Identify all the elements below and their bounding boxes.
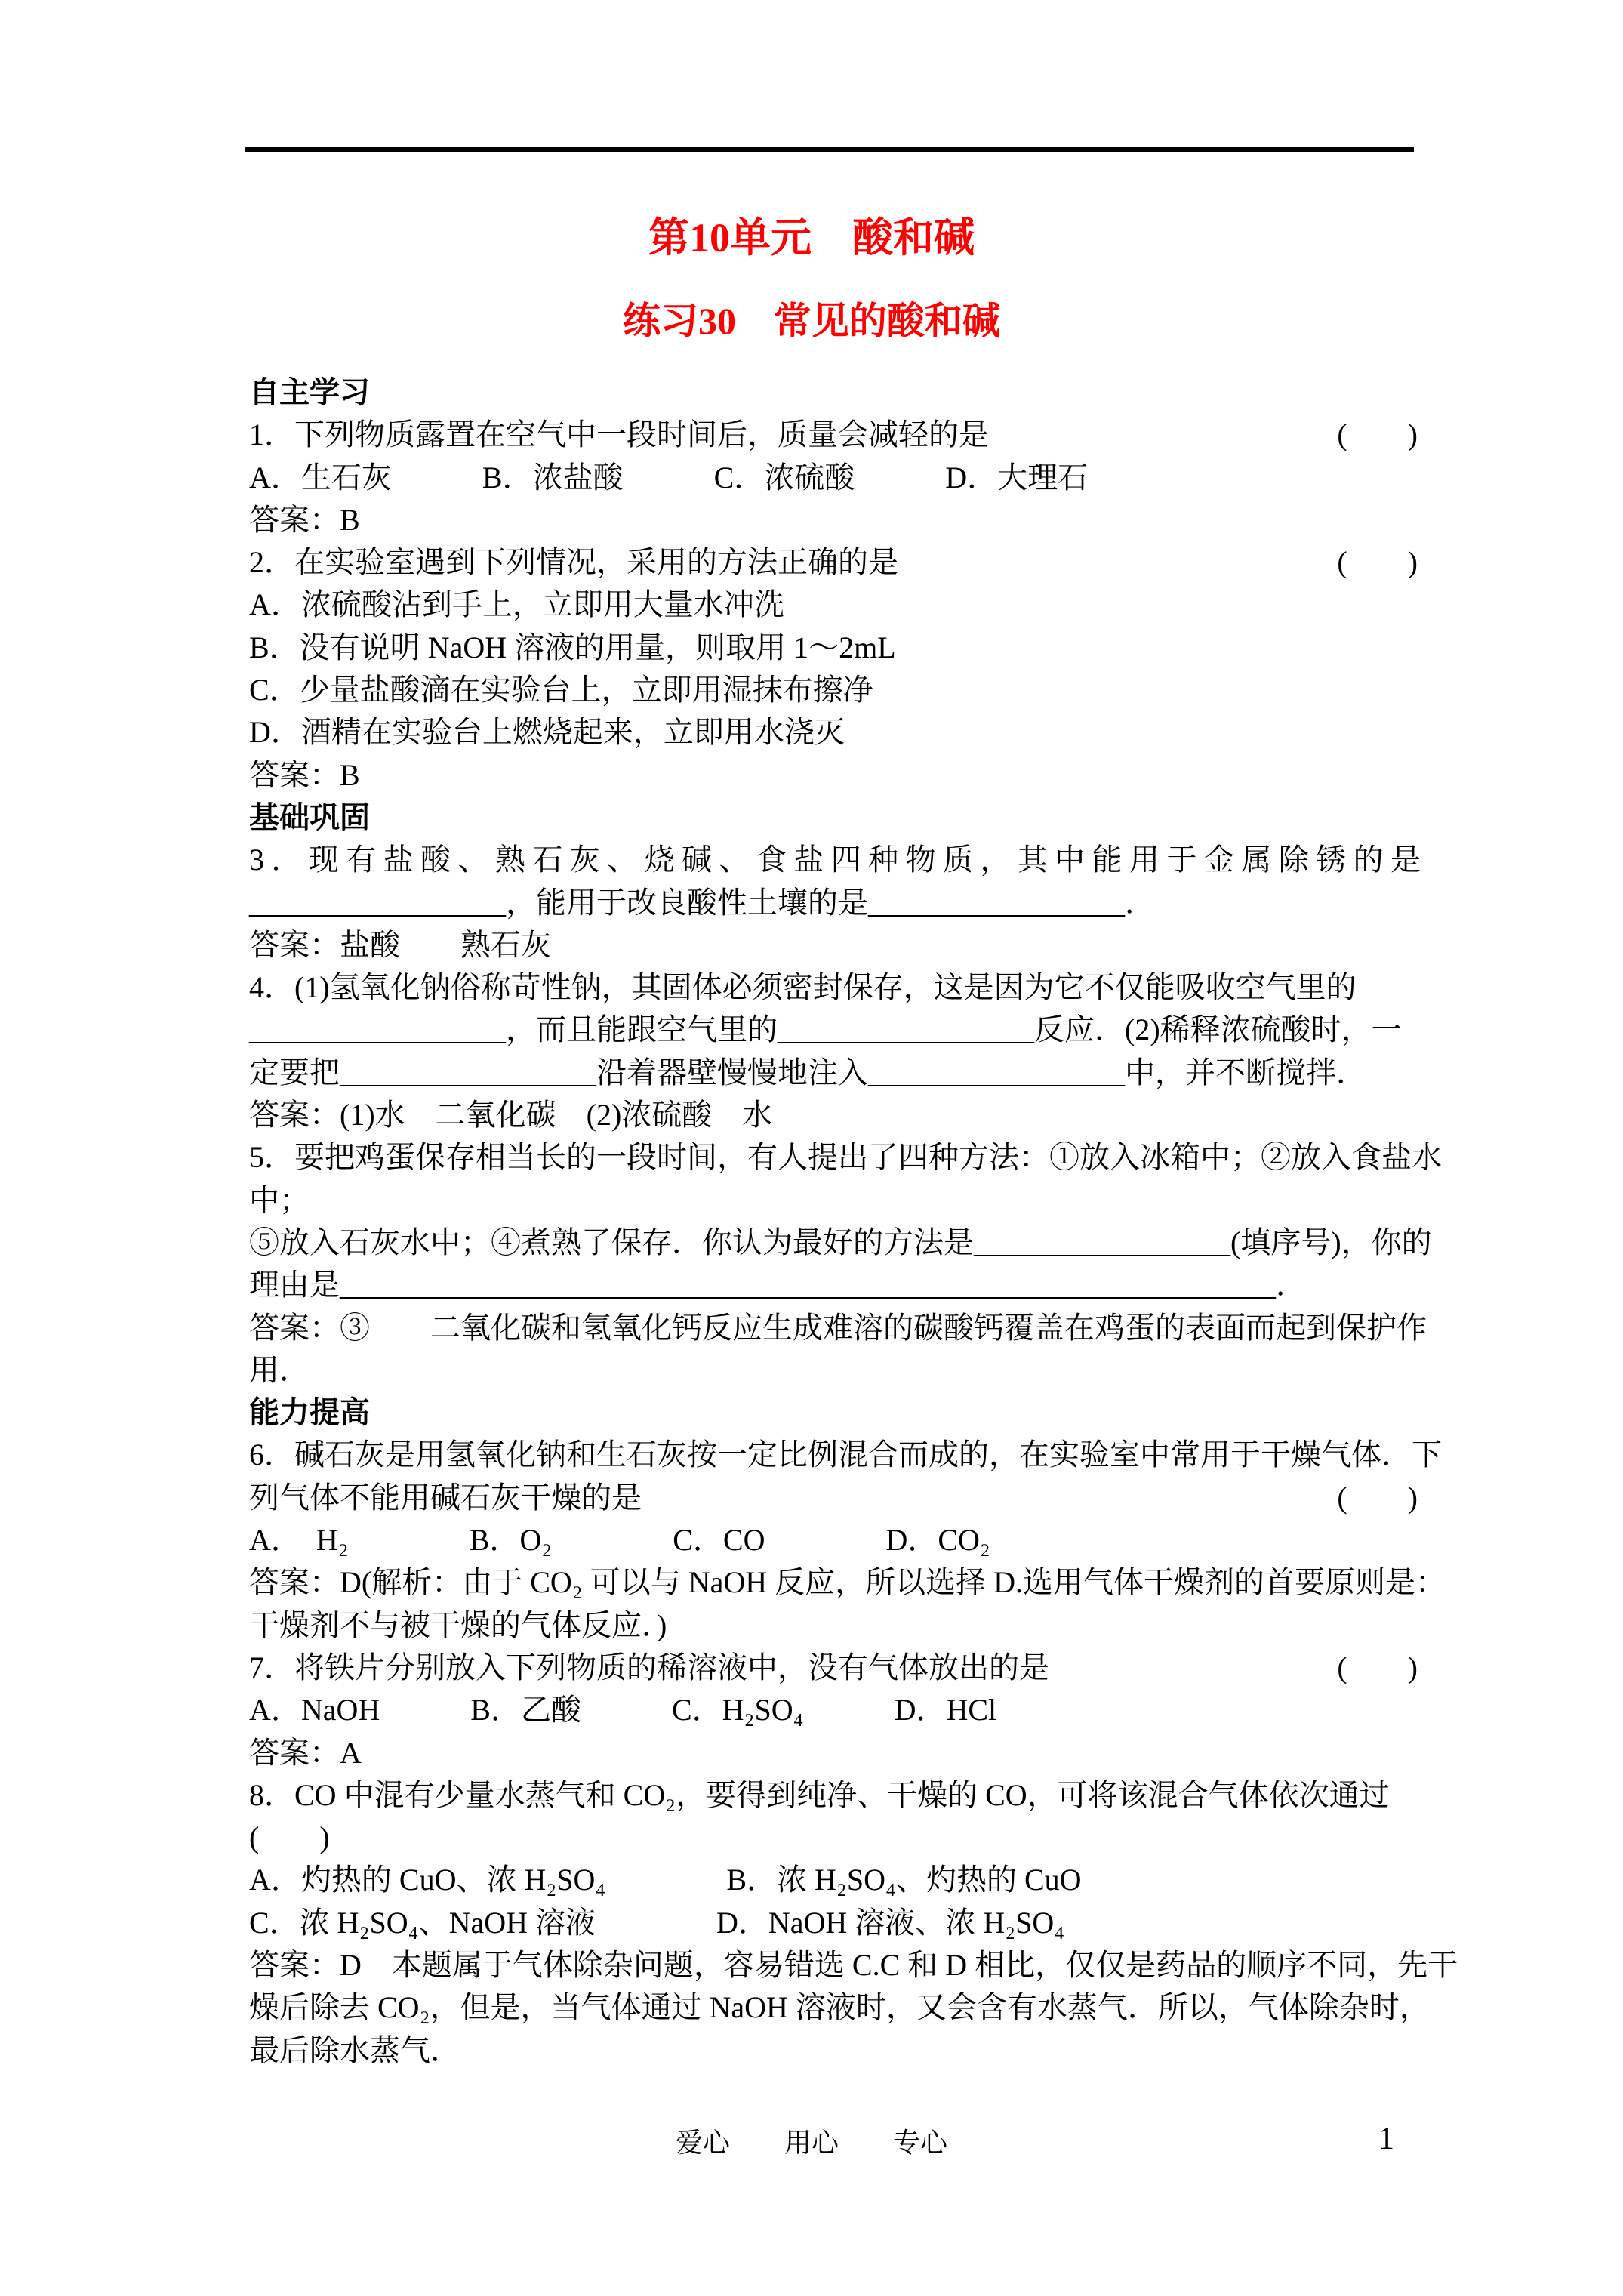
text-line: _________________，能用于改良酸性土壤的是___________…	[249, 882, 1421, 924]
text-line: C．浓 H₂SO₄、NaOH 溶液 D．NaOH 溶液、浓 H₂SO₄	[249, 1902, 1421, 1944]
answer-parens: ( )	[1337, 1477, 1418, 1519]
answer-parens: ( )	[1337, 1647, 1418, 1689]
text-line: 6．碱石灰是用氢氧化钠和生石灰按一定比例混合而成的，在实验室中常用于干燥气体．下	[249, 1434, 1421, 1476]
text-line: 用．	[249, 1349, 1421, 1391]
text-line: 答案：D 本题属于气体除杂问题，容易错选 C.C 和 D 相比，仅仅是药品的顺序…	[249, 1944, 1421, 1986]
text-line: C．少量盐酸滴在实验台上，立即用湿抹布擦净	[249, 669, 1421, 711]
text-line: 答案：B	[249, 754, 1421, 797]
text-line: A．灼热的 CuO、浓 H₂SO₄ B．浓 H₂SO₄、灼热的 CuO	[249, 1859, 1421, 1901]
section-heading: 能力提高	[249, 1391, 1421, 1434]
header-rule	[245, 147, 1414, 152]
text-line: 5．要把鸡蛋保存相当长的一段时间，有人提出了四种方法：①放入冰箱中；②放入食盐水	[249, 1136, 1421, 1179]
text-line: 1．下列物质露置在空气中一段时间后，质量会减轻的是( )	[249, 414, 1421, 456]
text-line: 干燥剂不与被干燥的气体反应．)	[249, 1604, 1421, 1647]
text-line: ⑤放入石灰水中；④煮熟了保存．你认为最好的方法是________________…	[249, 1222, 1421, 1264]
text-line: 答案：A	[249, 1732, 1421, 1774]
text-line: D．酒精在实验台上燃烧起来，立即用水浇灭	[249, 711, 1421, 754]
text-line: 答案：D(解析：由于 CO₂ 可以与 NaOH 反应，所以选择 D.选用气体干燥…	[249, 1561, 1421, 1604]
text-line: 7．将铁片分别放入下列物质的稀溶液中，没有气体放出的是( )	[249, 1647, 1421, 1689]
text-line: 最后除水蒸气．	[249, 2029, 1421, 2072]
answer-parens: ( )	[1337, 541, 1418, 584]
text-line: 2．在实验室遇到下列情况，采用的方法正确的是( )	[249, 541, 1421, 584]
text-line: _________________，而且能跟空气里的______________…	[249, 1009, 1421, 1051]
text-line: 理由是_____________________________________…	[249, 1264, 1421, 1306]
text-line: 中；	[249, 1179, 1421, 1222]
text-line: A．生石灰 B．浓盐酸 C．浓硫酸 D．大理石	[249, 457, 1421, 499]
worksheet-page: 第10单元 酸和碱 练习30 常见的酸和碱 自主学习1．下列物质露置在空气中一段…	[0, 0, 1623, 2296]
text-line: A．NaOH B．乙酸 C．H₂SO₄ D．HCl	[249, 1689, 1421, 1731]
exercise-title: 练习30 常见的酸和碱	[0, 302, 1623, 340]
page-number: 1	[1378, 2122, 1394, 2156]
text-line: ( )	[249, 1817, 1421, 1859]
worksheet-body: 自主学习1．下列物质露置在空气中一段时间后，质量会减轻的是( )A．生石灰 B．…	[249, 371, 1421, 2072]
text-line: 答案：盐酸 熟石灰	[249, 924, 1421, 966]
unit-title: 第10单元 酸和碱	[0, 217, 1623, 258]
text-line: 列气体不能用碱石灰干燥的是( )	[249, 1477, 1421, 1519]
answer-parens: ( )	[1337, 414, 1418, 456]
text-line: 答案：B	[249, 499, 1421, 541]
text-line: A．浓硫酸沾到手上，立即用大量水冲洗	[249, 584, 1421, 626]
text-line: 8．CO 中混有少量水蒸气和 CO₂，要得到纯净、干燥的 CO，可将该混合气体依…	[249, 1774, 1421, 1817]
text-line: B．没有说明 NaOH 溶液的用量，则取用 1～2mL	[249, 627, 1421, 669]
section-heading: 基础巩固	[249, 797, 1421, 839]
text-line: 3．现有盐酸、熟石灰、烧碱、食盐四种物质，其中能用于金属除锈的是	[249, 839, 1421, 881]
text-line: 4．(1)氢氧化钠俗称苛性钠，其固体必须密封保存，这是因为它不仅能吸收空气里的	[249, 966, 1421, 1009]
text-line: 答案：(1)水 二氧化碳 (2)浓硫酸 水	[249, 1094, 1421, 1136]
text-line: 燥后除去 CO₂，但是，当气体通过 NaOH 溶液时，又会含有水蒸气．所以，气体…	[249, 1986, 1421, 2029]
section-heading: 自主学习	[249, 371, 1421, 414]
text-line: 答案：③ 二氧化碳和氢氧化钙反应生成难溶的碳酸钙覆盖在鸡蛋的表面而起到保护作	[249, 1307, 1421, 1349]
text-line: 定要把_________________沿着器壁慢慢地注入___________…	[249, 1052, 1421, 1094]
text-line: A． H₂ B．O₂ C．CO D．CO₂	[249, 1519, 1421, 1561]
